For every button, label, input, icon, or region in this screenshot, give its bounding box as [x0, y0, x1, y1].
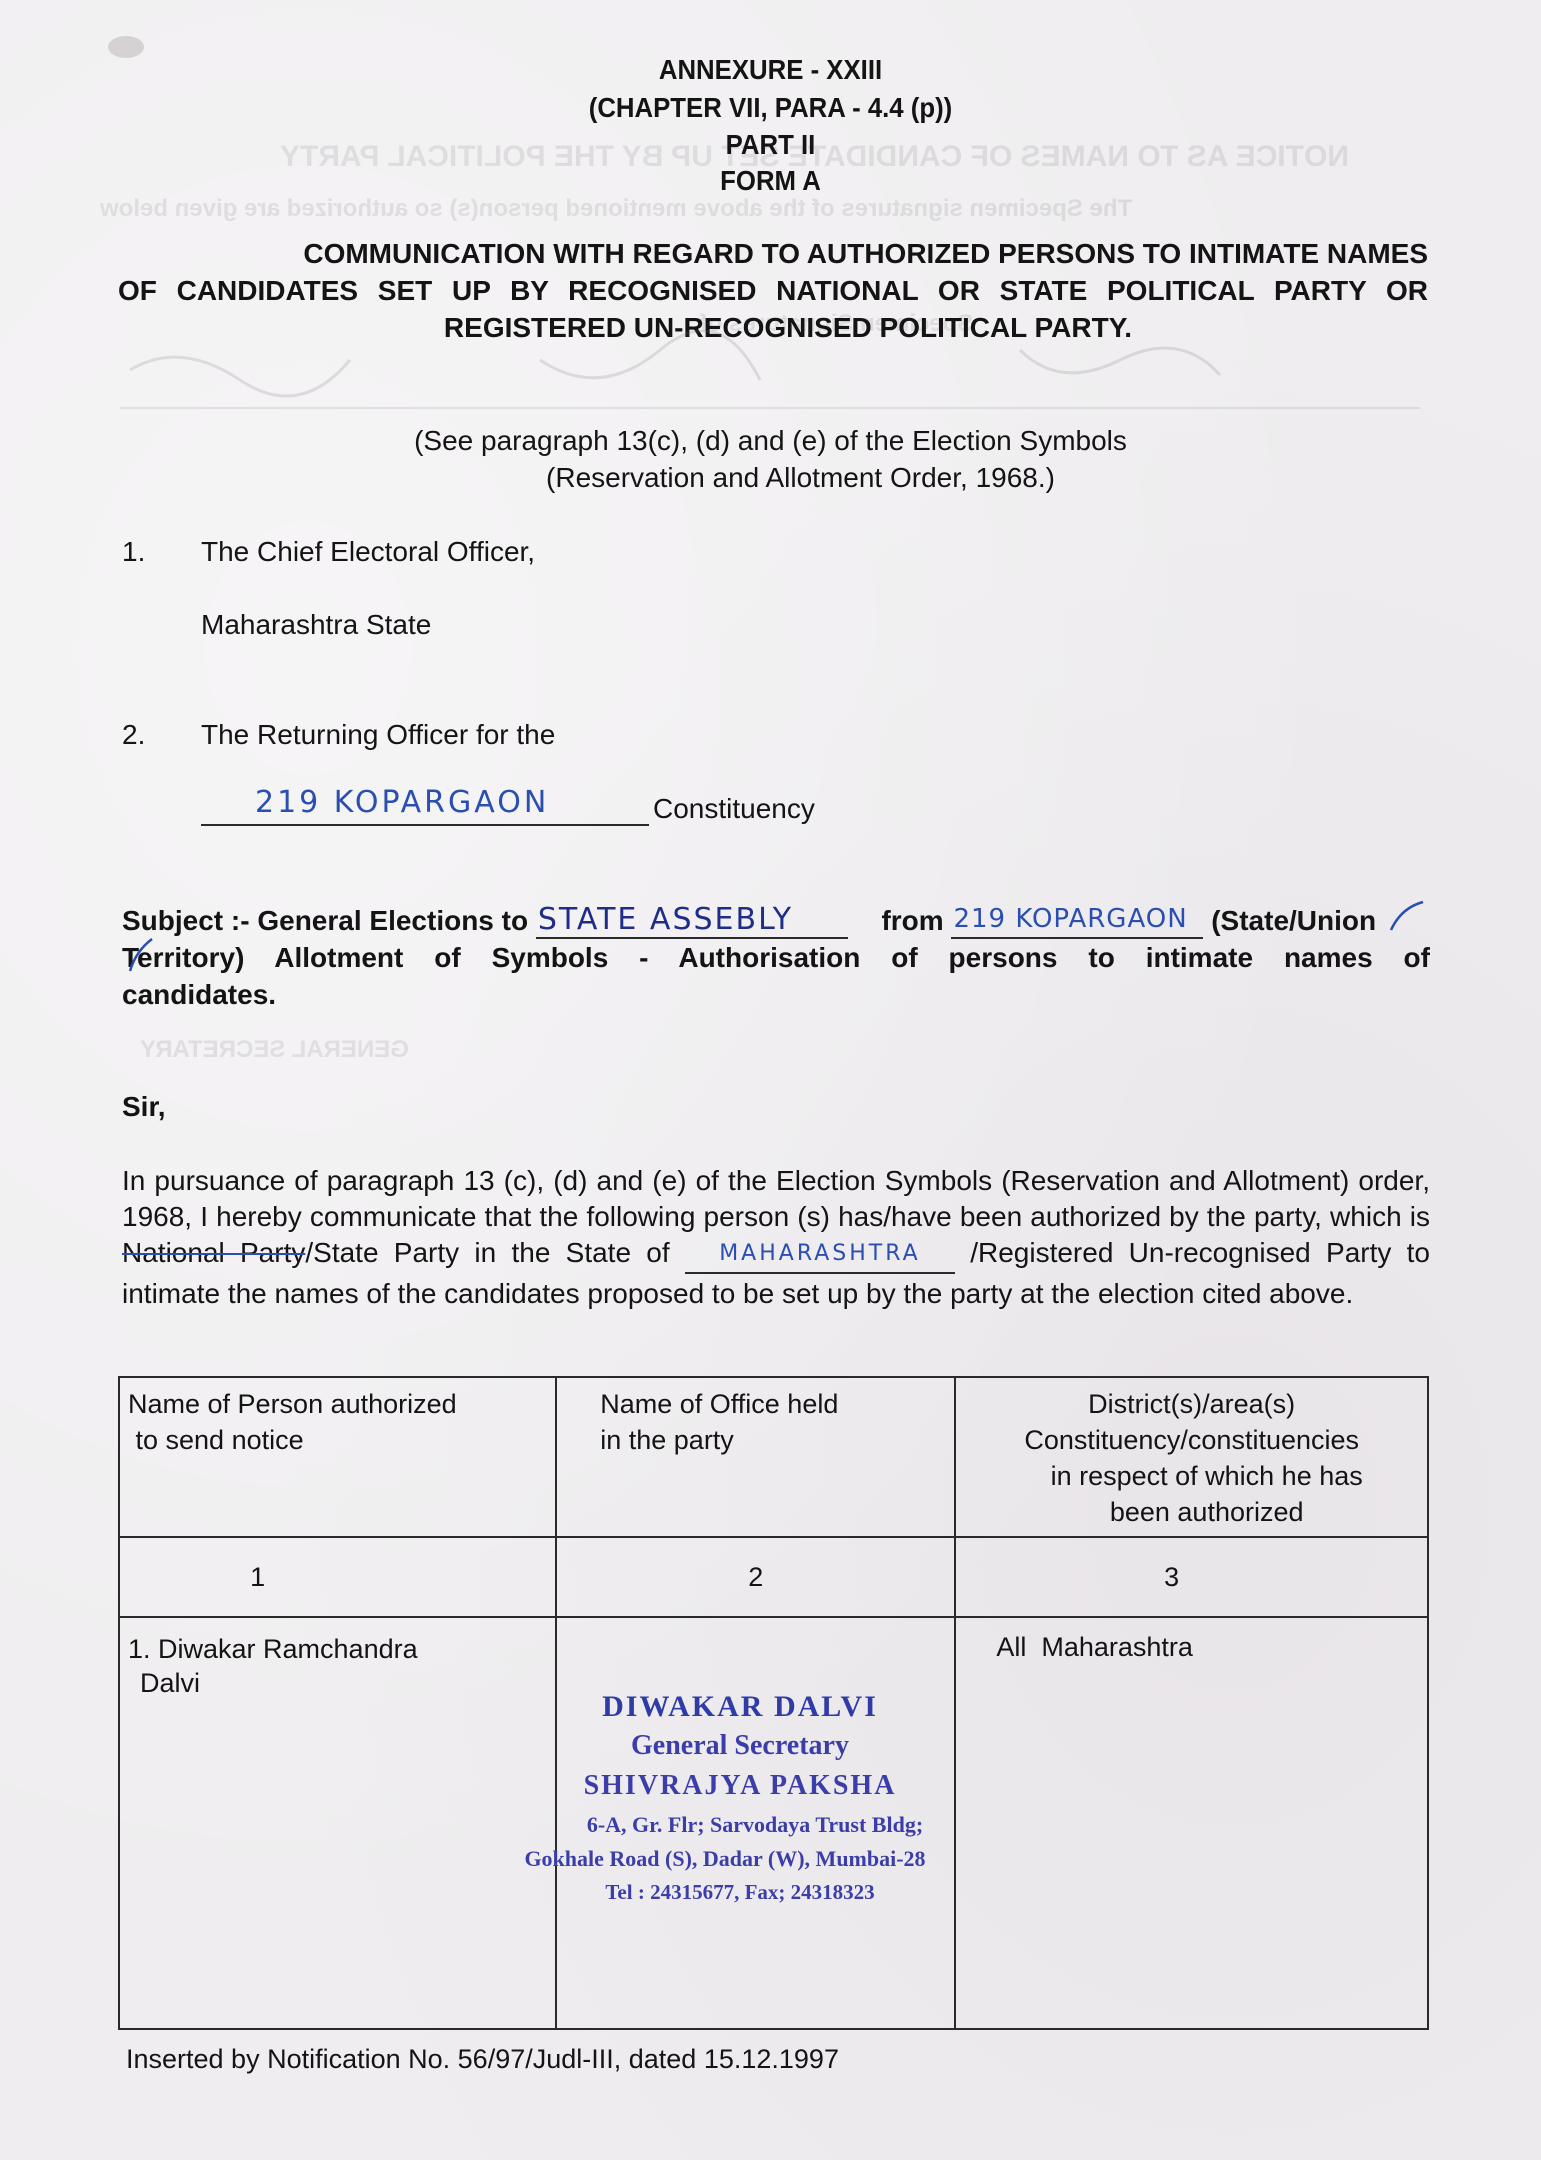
form-title: COMMUNICATION WITH REGARD TO AUTHORIZED … — [118, 238, 1428, 344]
state-union-text: (State/Union — [1211, 905, 1376, 936]
header-text: to send notice — [128, 1422, 547, 1458]
chapter-heading: (CHAPTER VII, PARA - 4.4 (p)) — [62, 92, 1480, 124]
table-header-row: Name of Person authorized to send notice… — [119, 1377, 1428, 1537]
stamp-name: DIWAKAR DALVI — [480, 1690, 1000, 1724]
state-blank: MAHARASHTRA — [685, 1233, 955, 1274]
reference-line: (See paragraph 13(c), (d) and (e) of the… — [0, 425, 1541, 457]
header-cell-office: Name of Office held in the party — [556, 1377, 955, 1537]
subject-prefix: General Elections to — [257, 905, 528, 936]
addressee-line: Maharashtra State — [201, 609, 431, 641]
area-cell: All Maharashtra — [955, 1617, 1428, 2029]
party-rubber-stamp: DIWAKAR DALVI General Secretary SHIVRAJY… — [480, 1690, 1000, 1905]
body-text: In pursuance of paragraph 13 (c), (d) an… — [122, 1165, 1430, 1232]
tick-mark-icon — [1387, 898, 1427, 934]
header-text: Name of Person authorized — [128, 1386, 547, 1422]
stamp-party: SHIVRAJYA PAKSHA — [480, 1770, 1000, 1802]
subject-from: from — [881, 905, 943, 936]
struck-text: National Party — [122, 1237, 305, 1268]
column-number-cell: 3 — [955, 1537, 1428, 1617]
state-handwritten-value: MAHARASHTRA — [719, 1241, 920, 1266]
subject-line: Subject :- General Elections to STATE AS… — [122, 902, 1430, 939]
body-text: /State Party in the State of — [305, 1237, 685, 1268]
header-text: District(s)/area(s) — [964, 1386, 1419, 1422]
form-heading: FORM A — [62, 165, 1480, 197]
subject-block: Subject :- General Elections to STATE AS… — [122, 902, 1430, 1013]
election-blank: STATE ASSEBLY — [536, 907, 848, 939]
person-name: 1. Diwakar Ramchandra — [128, 1632, 549, 1666]
constituency-label: Constituency — [653, 793, 815, 825]
salutation: Sir, — [122, 1091, 166, 1123]
area-value: All Maharashtra — [996, 1632, 1421, 1663]
bleed-through-text: The Specimen signatures of the above men… — [100, 195, 1132, 223]
column-number-cell: 1 — [119, 1537, 556, 1617]
body-paragraph: In pursuance of paragraph 13 (c), (d) an… — [122, 1163, 1430, 1312]
header-text: Name of Office held — [600, 1386, 946, 1422]
header-text: been authorized — [964, 1494, 1419, 1530]
constituency-blank-underline — [201, 824, 649, 826]
stamp-contact: Tel : 24315677, Fax; 24318323 — [480, 1880, 1000, 1905]
addressee-number: 1. — [122, 536, 145, 568]
column-number-cell: 2 — [556, 1537, 955, 1617]
subject-label: Subject :- — [122, 905, 250, 936]
header-text: Constituency/constituencies — [964, 1422, 1419, 1458]
form-title-line: COMMUNICATION WITH REGARD TO AUTHORIZED … — [118, 238, 1428, 270]
addressee-line: The Returning Officer for the — [201, 719, 555, 751]
annexure-heading: ANNEXURE - XXIII — [62, 54, 1480, 86]
election-handwritten-value: STATE ASSEBLY — [538, 901, 793, 938]
reference-line: (Reservation and Allotment Order, 1968.) — [0, 462, 1541, 494]
stamp-address: Gokhale Road (S), Dadar (W), Mumbai-28 — [480, 1846, 1000, 1872]
column-number-row: 1 2 3 — [119, 1537, 1428, 1617]
addressee-number: 2. — [122, 719, 145, 751]
stamp-address: 6-A, Gr. Flr; Sarvodaya Trust Bldg; — [480, 1812, 1000, 1838]
subject-line: candidates. — [122, 976, 1430, 1013]
bleed-signature-scribble — [120, 330, 1420, 410]
addressee-line: The Chief Electoral Officer, — [201, 536, 535, 568]
tick-mark-icon — [126, 935, 156, 975]
header-text: in respect of which he has — [964, 1458, 1419, 1494]
from-blank: 219 KOPARGAON — [951, 907, 1203, 939]
stamp-designation: General Secretary — [480, 1730, 1000, 1762]
bleed-through-text: GENERAL SECRETARY — [140, 1036, 409, 1064]
part-heading: PART II — [62, 129, 1480, 161]
notification-footer: Inserted by Notification No. 56/97/Judl-… — [126, 2044, 839, 2075]
paper-stain — [108, 36, 144, 58]
header-text: in the party — [600, 1422, 946, 1458]
constituency-handwritten-value: 219 KOPARGAON — [255, 785, 549, 820]
form-title-line: OF CANDIDATES SET UP BY RECOGNISED NATIO… — [118, 275, 1428, 307]
header-cell-area: District(s)/area(s) Constituency/constit… — [955, 1377, 1428, 1537]
subject-line: Territory) Allotment of Symbols - Author… — [122, 939, 1430, 976]
from-handwritten-value: 219 KOPARGAON — [953, 901, 1187, 938]
header-cell-name: Name of Person authorized to send notice — [119, 1377, 556, 1537]
